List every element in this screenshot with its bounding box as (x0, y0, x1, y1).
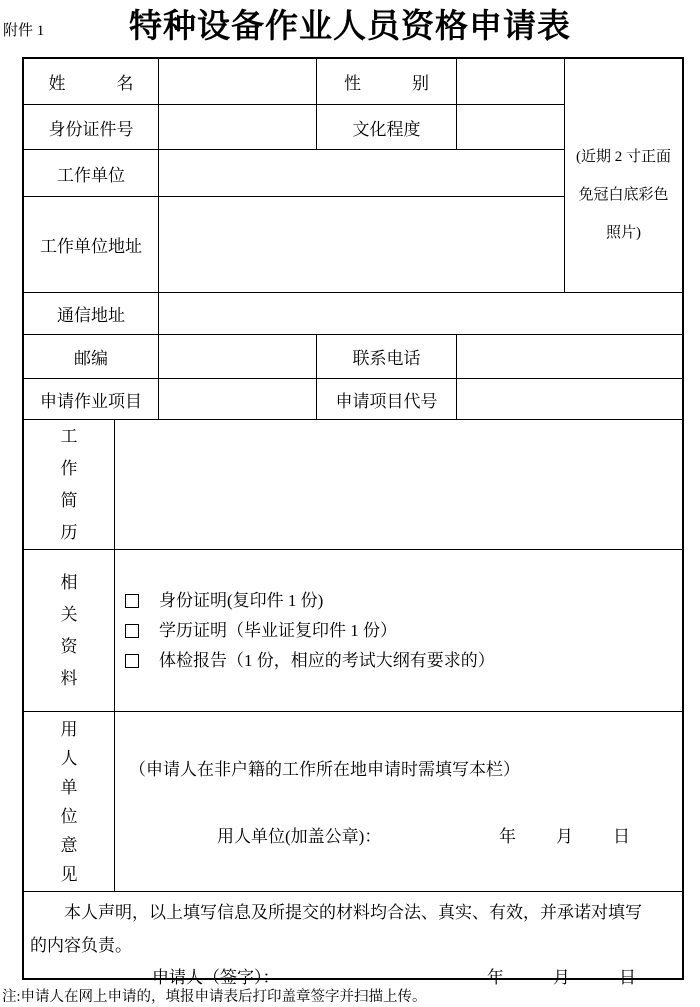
photo-note-line: 照片) (606, 225, 641, 241)
photo-note: (近期 2 寸正面 免冠白底彩色 照片) (576, 138, 671, 252)
phone-input[interactable] (457, 335, 682, 379)
material-label: 身份证明(复印件 1 份) (159, 592, 323, 610)
employer-opinion-content: （申请人在非户籍的工作所在地申请时需填写本栏） 用人单位(加盖公章)： 年 月 … (115, 712, 682, 891)
material-label: 学历证明（毕业证复印件 1 份） (159, 622, 397, 640)
applicant-date: 年 月 日 (487, 963, 682, 988)
row-employer-opinion: 用人单位意见 （申请人在非户籍的工作所在地申请时需填写本栏） 用人单位(加盖公章… (24, 712, 682, 892)
month-label: 月 (556, 822, 573, 847)
gender-input[interactable] (457, 59, 564, 105)
declaration-text: 本人声明，以上填写信息及所提交的材料均合法、真实、有效，并承诺对填写的内容负责。 (30, 896, 655, 962)
work-resume-input[interactable] (115, 420, 682, 550)
declaration-area: 本人声明，以上填写信息及所提交的材料均合法、真实、有效，并承诺对填写的内容负责。… (24, 892, 682, 978)
application-form-page: { "page": { "attachment": "附件 1", "title… (0, 0, 700, 1007)
row-declaration: 本人声明，以上填写信息及所提交的材料均合法、真实、有效，并承诺对填写的内容负责。… (24, 892, 682, 978)
related-materials-area: 身份证明(复印件 1 份) 学历证明（毕业证复印件 1 份） 体检报告（1 份，… (115, 550, 682, 712)
page-title: 特种设备作业人员资格申请表 (0, 0, 700, 47)
employer-seal-row: 用人单位(加盖公章)： 年 月 日 (129, 822, 682, 847)
attachment-label: 附件 1 (3, 19, 44, 40)
employer-opinion-label: 用人单位意见 (24, 712, 115, 892)
work-unit-address-label: 工作单位地址 (24, 197, 159, 293)
related-materials-label: 相关资料 (24, 550, 115, 712)
work-unit-input[interactable] (159, 150, 564, 197)
declaration-content: 本人声明，以上填写信息及所提交的材料均合法、真实、有效，并承诺对填写的内容负责。… (24, 892, 682, 978)
name-label: 姓 名 (24, 59, 159, 105)
employer-note: （申请人在非户籍的工作所在地申请时需填写本栏） (129, 760, 682, 780)
work-resume-label-text: 工作简历 (59, 421, 79, 549)
work-unit-address-input[interactable] (159, 197, 564, 293)
photo-note-line: 免冠白底彩色 (578, 187, 668, 203)
material-item-medical-report: 体检报告（1 份，相应的考试大纲有要求的） (125, 652, 682, 670)
employer-date: 年 月 日 (499, 822, 682, 847)
id-number-label: 身份证件号 (24, 105, 159, 150)
education-input[interactable] (457, 105, 564, 150)
material-item-id-proof: 身份证明(复印件 1 份) (125, 592, 682, 610)
material-item-education-proof: 学历证明（毕业证复印件 1 份） (125, 622, 682, 640)
employer-opinion-label-text: 用人单位意见 (59, 715, 79, 889)
footnote: 注:申请人在网上申请的，填报申请表后打印盖章签字并扫描上传。 (2, 985, 700, 1006)
day-label: 日 (619, 963, 636, 988)
row-mailing-address: 通信地址 (24, 293, 682, 335)
application-form-table: (近期 2 寸正面 免冠白底彩色 照片) 姓 名 性 别 身份证件号 文化程度 … (22, 57, 684, 980)
checkbox-icon[interactable] (125, 594, 139, 608)
checkbox-icon[interactable] (125, 654, 139, 668)
material-label: 体检报告（1 份，相应的考试大纲有要求的） (159, 652, 495, 670)
gender-label: 性 别 (317, 59, 457, 105)
materials-list: 身份证明(复印件 1 份) 学历证明（毕业证复印件 1 份） 体检报告（1 份，… (115, 550, 682, 711)
month-label: 月 (553, 963, 570, 988)
employer-opinion-area[interactable]: （申请人在非户籍的工作所在地申请时需填写本栏） 用人单位(加盖公章)： 年 月 … (115, 712, 682, 892)
education-label: 文化程度 (317, 105, 457, 150)
checkbox-icon[interactable] (125, 624, 139, 638)
applicant-sign-label: 申请人（签字）： (152, 963, 280, 988)
name-input[interactable] (159, 59, 317, 105)
applied-code-label: 申请项目代号 (317, 379, 457, 420)
work-resume-label: 工作简历 (24, 420, 115, 550)
applicant-sign-row: 申请人（签字）： 年 月 日 (30, 963, 682, 988)
postal-code-input[interactable] (159, 335, 317, 379)
mailing-address-input[interactable] (159, 293, 682, 335)
related-materials-label-text: 相关资料 (59, 567, 79, 695)
photo-area[interactable]: (近期 2 寸正面 免冠白底彩色 照片) (564, 59, 682, 293)
applied-operation-input[interactable] (159, 379, 317, 420)
day-label: 日 (613, 822, 630, 847)
work-unit-label: 工作单位 (24, 150, 159, 197)
year-label: 年 (499, 822, 516, 847)
row-related-materials: 相关资料 身份证明(复印件 1 份) 学历证明（毕业证复印件 1 份） 体检报告… (24, 550, 682, 712)
id-number-input[interactable] (159, 105, 317, 150)
year-label: 年 (487, 963, 504, 988)
phone-label: 联系电话 (317, 335, 457, 379)
photo-note-line: (近期 2 寸正面 (576, 149, 671, 165)
row-postal-phone: 邮编 联系电话 (24, 335, 682, 379)
row-work-resume: 工作简历 (24, 420, 682, 550)
postal-code-label: 邮编 (24, 335, 159, 379)
employer-seal-label: 用人单位(加盖公章)： (217, 822, 381, 847)
mailing-address-label: 通信地址 (24, 293, 159, 335)
applied-operation-label: 申请作业项目 (24, 379, 159, 420)
row-applied-project: 申请作业项目 申请项目代号 (24, 379, 682, 420)
applied-code-input[interactable] (457, 379, 682, 420)
